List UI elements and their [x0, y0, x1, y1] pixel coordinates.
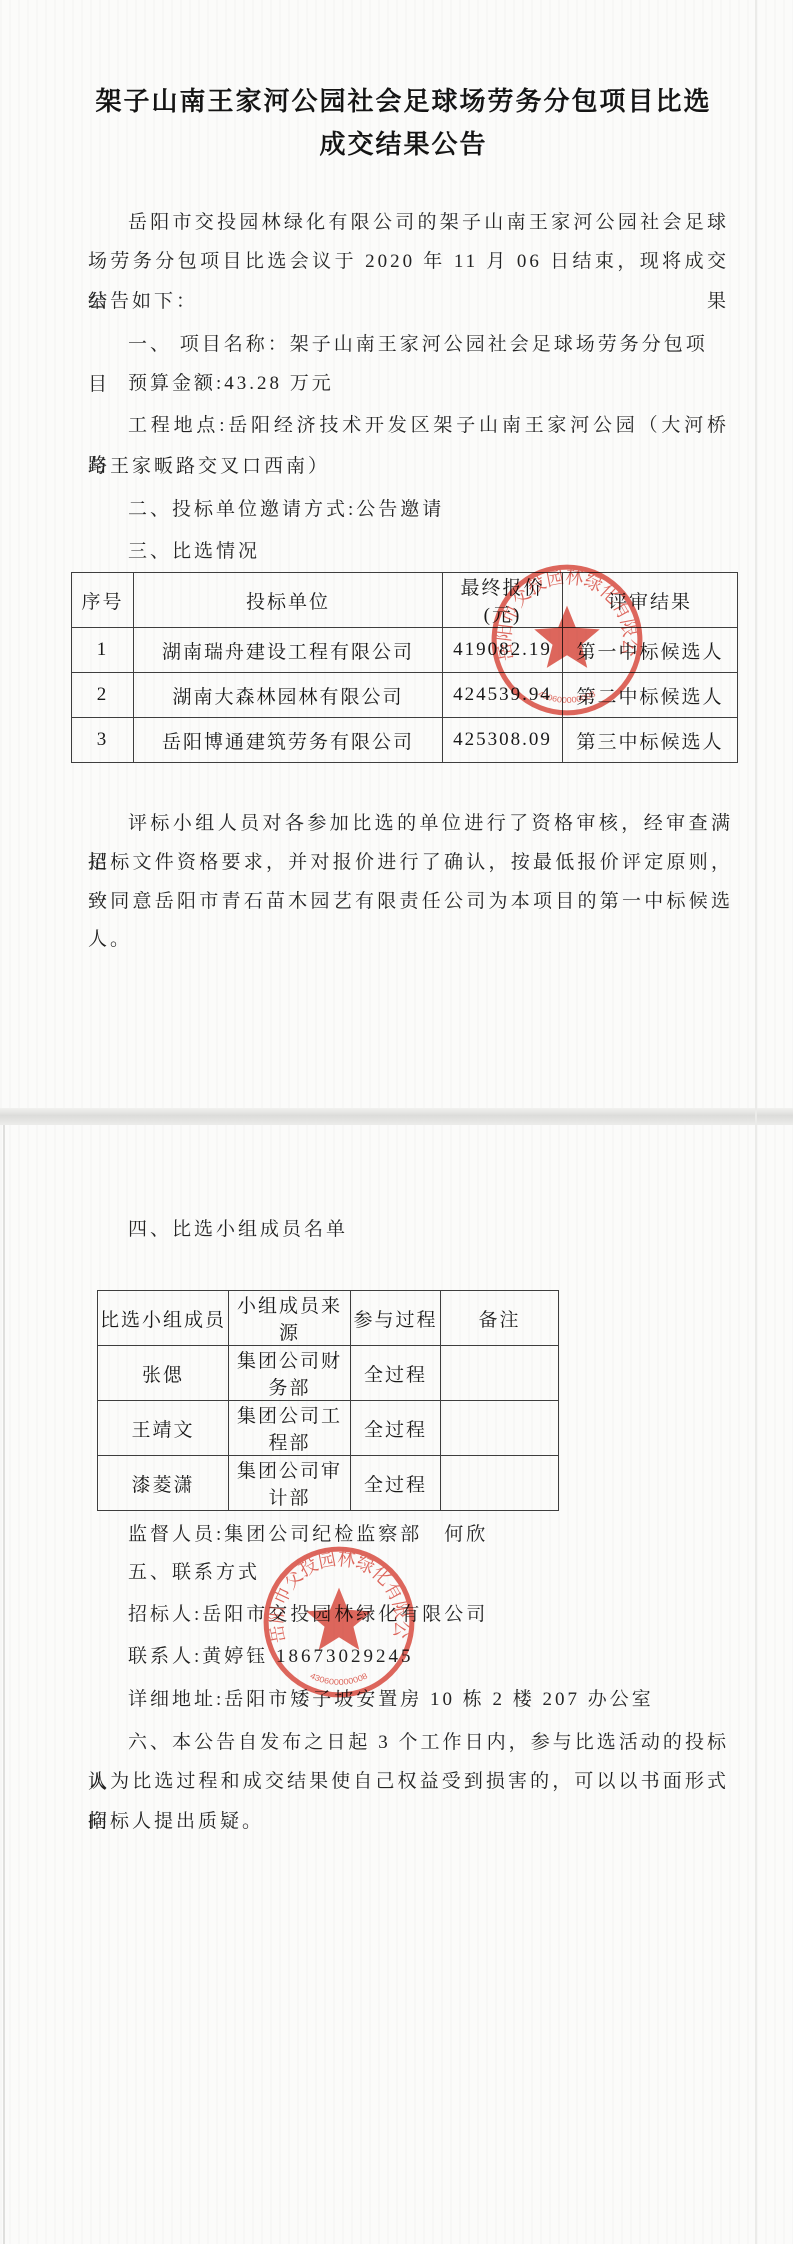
invite-method-line: 二、投标单位邀请方式:公告邀请 [88, 490, 729, 530]
table-cell: 1 [72, 628, 134, 673]
scan-streak [755, 0, 757, 2244]
table-row: 漆菱潇 集团公司审计部 全过程 [98, 1456, 559, 1511]
members-section-title: 四、比选小组成员名单 [88, 1210, 729, 1250]
table-cell: 集团公司工程部 [229, 1401, 351, 1456]
table-row: 3 岳阳博通建筑劳务有限公司 425308.09 第三中标候选人 [72, 718, 738, 763]
column-header: 参与过程 [351, 1291, 441, 1346]
table-cell [441, 1401, 559, 1456]
members-table: 比选小组成员 小组成员来源 参与过程 备注 张偲 集团公司财务部 全过程 王靖文… [97, 1290, 559, 1511]
table-cell: 漆菱潇 [98, 1456, 229, 1511]
column-header: 备注 [441, 1291, 559, 1346]
seal-star-icon [306, 1588, 371, 1650]
table-cell: 王靖文 [98, 1401, 229, 1456]
column-header: 比选小组成员 [98, 1291, 229, 1346]
table-header-row: 比选小组成员 小组成员来源 参与过程 备注 [98, 1291, 559, 1346]
table-cell: 张偲 [98, 1346, 229, 1401]
table-cell: 全过程 [351, 1456, 441, 1511]
seal-star-icon [534, 606, 599, 668]
table-cell [441, 1456, 559, 1511]
table-cell: 集团公司财务部 [229, 1346, 351, 1401]
column-header: 小组成员来源 [229, 1291, 351, 1346]
intro-line: 公告如下： [88, 282, 729, 322]
table-cell: 第三中标候选人 [563, 718, 738, 763]
announcement-document: 架子山南王家河公园社会足球场劳务分包项目比选 成交结果公告 岳阳市交投园林绿化有… [0, 0, 793, 2244]
table-cell: 全过程 [351, 1401, 441, 1456]
review-line: 人。 [88, 921, 729, 960]
official-seal: 岳阳市交投园林绿化有限公司 4306000000083026 [258, 1541, 420, 1703]
column-header: 序号 [72, 573, 134, 628]
table-cell [441, 1346, 559, 1401]
table-row: 王靖文 集团公司工程部 全过程 [98, 1401, 559, 1456]
table-cell: 3 [72, 718, 134, 763]
table-cell: 全过程 [351, 1346, 441, 1401]
notice-line: 招标人提出质疑。 [88, 1802, 729, 1842]
page-break-divider [0, 1108, 793, 1125]
review-line: 致同意岳阳市青石苗木园艺有限责任公司为本项目的第一中标候选 [88, 883, 733, 922]
table-cell: 2 [72, 673, 134, 718]
page-edge-shadow [3, 1125, 5, 2244]
table-cell: 岳阳博通建筑劳务有限公司 [134, 718, 443, 763]
title-line-2: 成交结果公告 [70, 123, 737, 166]
document-title: 架子山南王家河公园社会足球场劳务分包项目比选 成交结果公告 [70, 80, 737, 166]
table-cell: 湖南瑞舟建设工程有限公司 [134, 628, 443, 673]
column-header: 投标单位 [134, 573, 443, 628]
table-cell: 425308.09 [443, 718, 563, 763]
location-line: 与王家畈路交叉口西南） [88, 447, 729, 487]
table-cell: 集团公司审计部 [229, 1456, 351, 1511]
table-cell: 湖南大森林园林有限公司 [134, 673, 443, 718]
table-row: 张偲 集团公司财务部 全过程 [98, 1346, 559, 1401]
budget-line: 预算金额:43.28 万元 [88, 364, 729, 404]
official-seal: 岳阳市交投园林绿化有限公司 4306000000083026 [486, 559, 648, 721]
intro-line: 岳阳市交投园林绿化有限公司的架子山南王家河公园社会足球 [88, 203, 729, 243]
title-line-1: 架子山南王家河公园社会足球场劳务分包项目比选 [70, 80, 737, 123]
